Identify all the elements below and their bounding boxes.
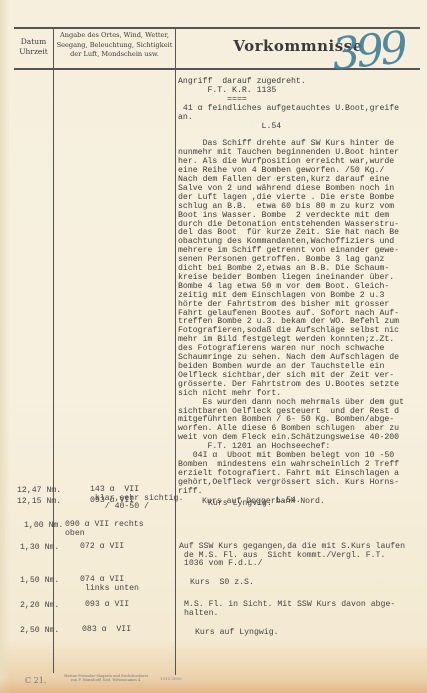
- header-place-line-2: Seegang, Beleuchtung, Sichtigkeit: [54, 41, 175, 51]
- main-entry-line: gehört,Oelfleck vergrössert sich. Kurs H…: [178, 479, 422, 488]
- entry-event: Auf SSW Kurs gegangen,da die mit S.Kurs …: [179, 543, 405, 569]
- printer-imprint: Marine-Formular-Magazin und Buchdruckere…: [56, 674, 156, 683]
- entry-time: 1,00 Nm.: [24, 521, 63, 530]
- paper-edge: [0, 0, 10, 693]
- form-number: C 21.: [25, 676, 46, 685]
- entry-place: 074 α VII links unten: [80, 576, 139, 593]
- header-place-line-1: Angabe des Ortes, Wind, Wetter,: [54, 31, 175, 41]
- column-header-date: Datum Uhrzeit: [14, 37, 53, 57]
- entry-time: 1,30 Nm.: [20, 543, 59, 552]
- entry-time: 2,50 Nm.: [20, 626, 59, 635]
- column-header-place-weather: Angabe des Ortes, Wind, Wetter, Seegang,…: [54, 31, 175, 60]
- entry-time: 2,20 Nm.: [20, 601, 59, 610]
- header-place-line-3: der Luft, Mondschein usw.: [54, 50, 175, 60]
- entry-place: 090 α VII rechts oben: [65, 521, 144, 538]
- logbook-page: Datum Uhrzeit Angabe des Ortes, Wind, We…: [0, 0, 427, 693]
- entry-event: Kurs auf Doggerbank Nord.: [202, 498, 325, 507]
- place-column-divider: [175, 27, 176, 675]
- entry-time: 12,15 Nm.: [17, 497, 61, 506]
- printer-line-2: von F. Hansdorff, Kiel, Wittenstamm 4.: [56, 678, 156, 682]
- entry-place: 093 α VII: [85, 601, 129, 610]
- main-entry-line: L.54: [178, 123, 422, 132]
- header-date-label: Datum: [14, 37, 53, 47]
- entry-event: M.S. Fl. in Sicht. Mit SSW Kurs davon ab…: [184, 601, 395, 618]
- entry-place: 143 α VII klar,sehr sichtig. / 40-50 /: [90, 486, 183, 512]
- entry-time: 12,47 Nm.: [17, 486, 61, 495]
- entry-place: 083 α VII: [82, 626, 131, 635]
- main-entry-text: Angriff darauf zugedreht. F.T. K.R. 1135…: [178, 78, 422, 506]
- handwritten-page-number: 399: [330, 22, 407, 80]
- entry-event: Kurs auf Lyngwig.: [195, 629, 279, 638]
- print-run: 1913 5000: [160, 676, 182, 681]
- main-entry-line: 41 α feindliches aufgetauchtes U.Boot,gr…: [178, 105, 422, 114]
- header-time-label: Uhrzeit: [14, 47, 53, 57]
- entry-time: 1,50 Nm.: [20, 576, 59, 585]
- entry-event: Kurs S0 z.S.: [190, 579, 254, 588]
- entry-place: 072 α VII: [80, 543, 124, 552]
